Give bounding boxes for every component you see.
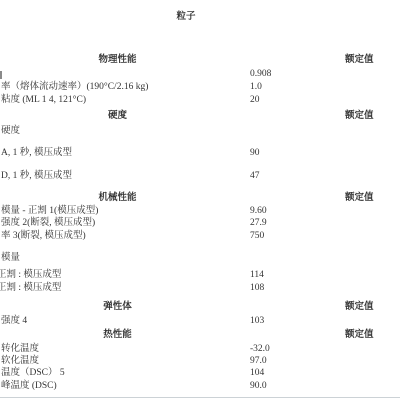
row-value: 104: [250, 368, 264, 379]
row-value: 20: [250, 95, 260, 106]
row-label: 强度 2(断裂, 模压成型): [1, 218, 95, 229]
row-label: A, 1 秒, 模压成型: [1, 148, 72, 159]
row-value: 97.0: [250, 356, 267, 367]
row-value: 103: [250, 316, 264, 327]
row-value: 750: [250, 231, 264, 242]
row-label: 正割 : 模压成型: [0, 283, 61, 294]
table-row: 温度（DSC） 5 104: [0, 368, 400, 379]
table-row: 峰温度 (DSC) 90.0: [0, 381, 400, 392]
row-label: 率 3(断裂, 模压成型): [1, 231, 86, 242]
sub-header-label: 模量: [1, 253, 20, 264]
rated-value-header: 额定值: [345, 55, 374, 66]
row-value: 27.9: [250, 218, 267, 229]
section-title: 热性能: [0, 330, 235, 341]
row-label: 模量 - 正割 1(模压成型): [1, 206, 98, 217]
row-label: 率（熔体流动速率）(190°C/2.16 kg): [1, 82, 148, 93]
section-header-thermal: 热性能 额定值: [0, 330, 400, 341]
row-label: 软化温度: [1, 356, 39, 367]
sub-header-label: 硬度: [1, 126, 20, 137]
row-value: 47: [250, 171, 260, 182]
rated-value-header: 额定值: [345, 302, 374, 313]
table-row: 率 3(断裂, 模压成型) 750: [0, 231, 400, 242]
row-label: 温度（DSC） 5: [1, 368, 65, 379]
table-row: 正割 : 模压成型 108: [0, 283, 400, 294]
table-row: 软化温度 97.0: [0, 356, 400, 367]
row-value: 90.0: [250, 381, 267, 392]
row-value: -32.0: [250, 344, 270, 355]
row-label: 粘度 (ML 1 4, 121°C): [1, 95, 86, 106]
table-row: 强度 4 103: [0, 316, 400, 327]
table-row: 率（熔体流动速率）(190°C/2.16 kg) 1.0: [0, 82, 400, 93]
row-label: 强度 4: [1, 316, 27, 327]
bottom-divider: [0, 397, 400, 398]
section-title: 机械性能: [0, 193, 235, 204]
section-header-physical: 物理性能 额定值: [0, 55, 400, 66]
rated-value-header: 额定值: [345, 111, 374, 122]
section-title: 物理性能: [0, 55, 235, 66]
row-label: 峰温度 (DSC): [1, 381, 57, 392]
section-header-hardness: 硬度 额定值: [0, 111, 400, 122]
table-row: 粘度 (ML 1 4, 121°C) 20: [0, 95, 400, 106]
table-row: 正割 : 模压成型 114: [0, 270, 400, 281]
table-row: 强度 2(断裂, 模压成型) 27.9: [0, 218, 400, 229]
row-value: 108: [250, 283, 264, 294]
row-label: 转化温度: [1, 344, 39, 355]
table-row: 转化温度 -32.0: [0, 344, 400, 355]
rated-value-header: 额定值: [345, 330, 374, 341]
rated-value-header: 额定值: [345, 193, 374, 204]
section-title: 硬度: [0, 111, 235, 122]
section-header-elastomer: 弹性体 额定值: [0, 302, 400, 313]
row-label: 正割 : 模压成型: [0, 270, 61, 281]
page-title: 粒子: [0, 12, 372, 23]
sub-header-row: 硬度: [0, 126, 400, 137]
row-value: 1.0: [250, 82, 262, 93]
table-row: A, 1 秒, 模压成型 90: [0, 148, 400, 159]
table-row: 模量 - 正割 1(模压成型) 9.60: [0, 206, 400, 217]
section-header-mechanical: 机械性能 额定值: [0, 193, 400, 204]
clipped-label-fragment: [0, 71, 2, 79]
sub-header-row: 模量: [0, 253, 400, 264]
table-row: 0.908: [0, 69, 400, 80]
row-value: 90: [250, 148, 260, 159]
table-row: D, 1 秒, 模压成型 47: [0, 171, 400, 182]
row-value: 0.908: [250, 69, 271, 80]
row-label: D, 1 秒, 模压成型: [1, 171, 72, 182]
datasheet-page: 粒子 物理性能 额定值 0.908 率（熔体流动速率）(190°C/2.16 k…: [0, 0, 400, 400]
row-value: 9.60: [250, 206, 267, 217]
row-value: 114: [250, 270, 264, 281]
section-title: 弹性体: [0, 302, 235, 313]
